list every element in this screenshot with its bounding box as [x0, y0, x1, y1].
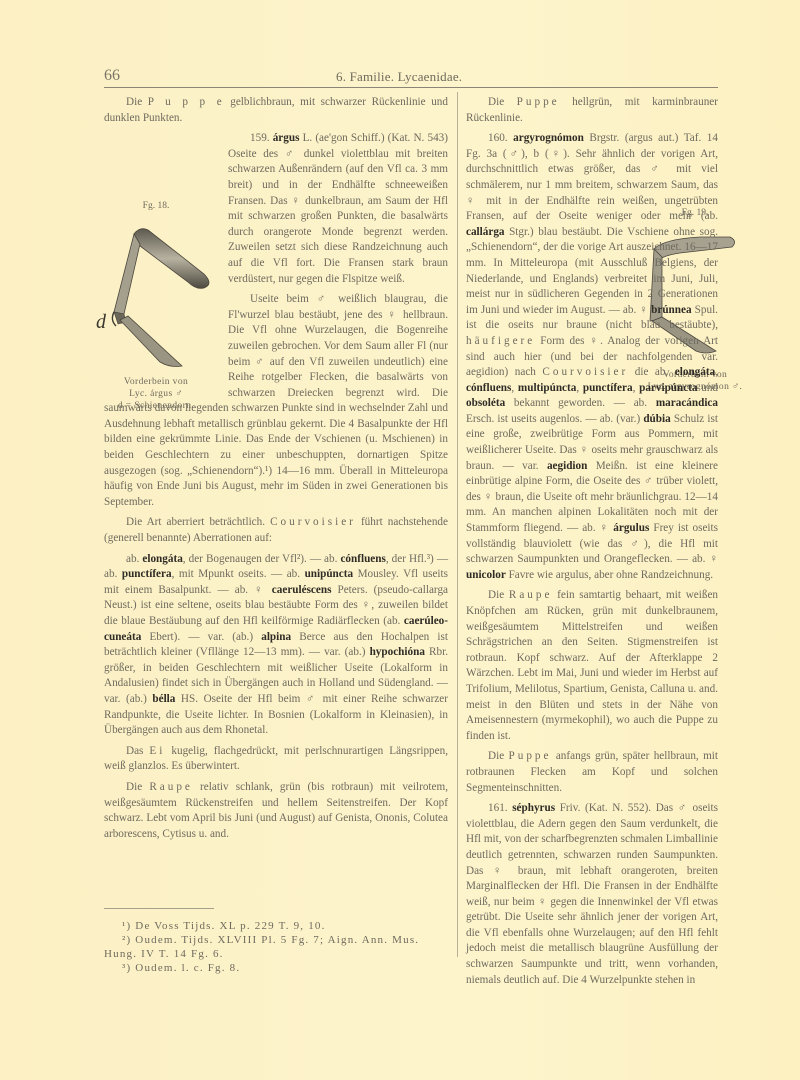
taxon-name: bélla — [152, 693, 175, 705]
taxon-name: hypochióna — [370, 646, 425, 658]
pupa-paragraph-argyrognomon-2: Die Puppe anfangs grün, später hellbraun… — [466, 749, 718, 796]
text-run: Brgstr. (argus aut.) Taf. 14 Fg. 3a (♂),… — [466, 132, 718, 222]
spaced-term: Puppe — [517, 96, 560, 108]
pupa-paragraph-argus: Die P u p p e gelblichbraun, mit schwarz… — [104, 95, 448, 126]
text-run: Stgr.) blau bestäubt. Die Vschiene ohne … — [466, 226, 718, 316]
right-column: Die Puppe hellgrün, mit karminbrauner Rü… — [466, 95, 718, 993]
taxon-name: árgulus — [613, 522, 649, 534]
text-run: 159. — [250, 132, 273, 144]
taxon-name: punctífera — [122, 568, 172, 580]
taxon-name: elongáta — [675, 366, 715, 378]
taxon-name: alpina — [261, 631, 291, 643]
larva-paragraph-argyrognomon: Die Raupe fein samtartig behaart, mit we… — [466, 588, 718, 744]
taxon-name: cónfluens — [466, 382, 511, 394]
taxon-name: elongáta — [142, 553, 182, 565]
page-header: 66 6. Familie. Lycaenidae. — [104, 67, 718, 85]
footnote-3: ³) Oudem. l. c. Fg. 8. — [104, 961, 448, 975]
taxon-name: séphyrus — [512, 802, 555, 814]
species-159-paragraph: 159. árgus L. (ae'gon Schiff.) (Kat. N. … — [104, 131, 448, 287]
egg-paragraph: Das Ei kugelig, flachgedrückt, mit perls… — [104, 744, 448, 775]
text-run: Die — [126, 96, 148, 108]
spaced-term: Ei — [149, 745, 165, 757]
taxon-name: brúnnea — [651, 304, 691, 316]
taxon-name: obsoléta — [466, 397, 505, 409]
text-run: Favre wie argulus, aber ohne Randzeichnu… — [506, 569, 713, 581]
figure-spacer — [104, 157, 228, 389]
text-run: , der Bogenaugen der Vfl²). — ab. — [183, 553, 341, 565]
text-run: fein samtartig behaart, mit weißen Knöpf… — [466, 589, 718, 741]
spaced-term: P u p p e — [148, 96, 225, 108]
footnote-rule — [104, 908, 214, 909]
spaced-term: häufigere — [466, 335, 535, 347]
taxon-name: dúbia — [643, 413, 670, 425]
aberration-intro: Die Art aberriert beträchtlich. Courvois… — [104, 515, 448, 546]
taxon-name: parvipúncta — [639, 382, 697, 394]
footnotes: ¹) De Voss Tijds. XL p. 229 T. 9, 10. ²)… — [104, 908, 448, 975]
text-run: , — [715, 366, 718, 378]
text-run: 160. — [488, 132, 513, 144]
species-160-paragraph: 160. argyrognómon Brgstr. (argus aut.) T… — [466, 131, 718, 583]
text-run: , mit Mpunkt oseits. — ab. — [172, 568, 305, 580]
text-run: Ersch. ist useits augenlos. — ab. (var.) — [466, 413, 643, 425]
taxon-name: unipúncta — [305, 568, 354, 580]
text-run: 161. — [488, 802, 512, 814]
taxon-name: multipúncta — [518, 382, 576, 394]
spaced-term: Courvoisier — [270, 516, 356, 528]
text-run: die ab. — [628, 366, 675, 378]
taxon-name: punctífera — [583, 382, 633, 394]
left-column-body: Die P u p p e gelblichbraun, mit schwarz… — [104, 95, 448, 847]
taxon-name: callárga — [466, 226, 505, 238]
larva-paragraph: Die Raupe relativ schlank, grün (bis rot… — [104, 780, 448, 842]
spaced-term: Courvoisier — [542, 366, 628, 378]
footnote-1: ¹) De Voss Tijds. XL p. 229 T. 9, 10. — [104, 919, 448, 933]
taxon-name: cónfluens — [340, 553, 385, 565]
text-run: Die — [126, 781, 149, 793]
spaced-term: Raupe — [149, 781, 193, 793]
text-run: L. (ae'gon Schiff.) (Kat. N. 543) Oseite… — [228, 132, 448, 284]
text-run: Die — [488, 589, 509, 601]
taxon-name: árgus — [273, 132, 300, 144]
spaced-term: Raupe — [509, 589, 553, 601]
text-run: Die Art aberriert beträchtlich. — [126, 516, 270, 528]
taxon-name: caeruléscens — [272, 584, 332, 596]
text-run: bekannt geworden. — ab. — [505, 397, 656, 409]
header-rule — [104, 87, 718, 88]
pupa-paragraph-argyrognomon: Die Puppe hellgrün, mit karminbrauner Rü… — [466, 95, 718, 126]
species-161-paragraph: 161. séphyrus Friv. (Kat. N. 552). Das ♂… — [466, 801, 718, 988]
taxon-name: aegidion — [547, 460, 587, 472]
taxon-name: maracándica — [656, 397, 718, 409]
footnote-2: ²) Oudem. Tijds. XLVIII Pl. 5 Fg. 7; Aig… — [104, 933, 448, 961]
text-run: Die — [488, 750, 509, 762]
taxon-name: unicolor — [466, 569, 506, 581]
text-run: Friv. (Kat. N. 552). Das ♂ oseits violet… — [466, 802, 718, 986]
text-run: Ebert). — var. (ab.) — [141, 631, 261, 643]
page-number: 66 — [104, 67, 120, 85]
text-run: Die — [488, 96, 517, 108]
column-divider — [457, 92, 458, 957]
taxon-name: argyrognómon — [513, 132, 584, 144]
spaced-term: Puppe — [509, 750, 552, 762]
text-run: und — [698, 382, 719, 394]
running-title: 6. Familie. Lycaenidae. — [336, 69, 462, 85]
text-run: ab. — [126, 553, 142, 565]
aberrations-list: ab. elongáta, der Bogenaugen der Vfl²). … — [104, 552, 448, 739]
text-run: Das — [126, 745, 149, 757]
book-page: 66 6. Familie. Lycaenidae. Die P u p p e… — [0, 0, 800, 1080]
